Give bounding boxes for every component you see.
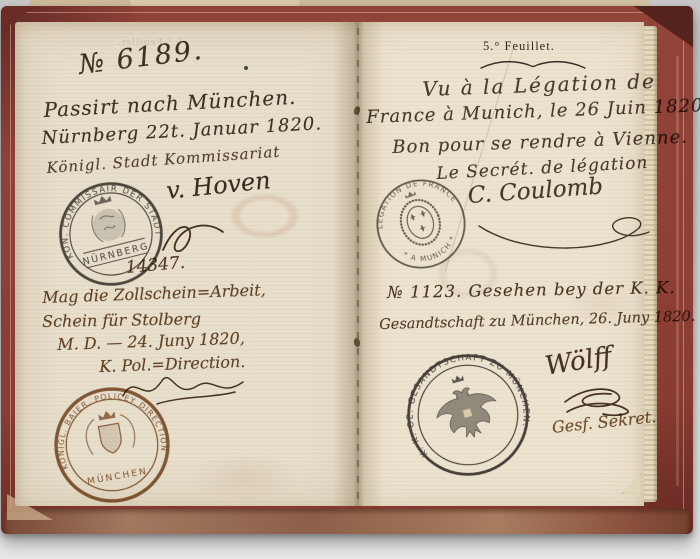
cover-bottom-edge (5, 509, 689, 534)
signature-underline-flourish (473, 212, 658, 260)
printed-page-header: 5.° Feuillet. (483, 39, 555, 54)
coat-of-arms-icon (90, 206, 128, 244)
crown-icon (98, 410, 115, 421)
passport-book-cover: 5.° Feuillet. № 6189. Passirt nach Münch… (1, 6, 693, 534)
fleur-de-lis-icons (409, 209, 432, 235)
stamp-muenchen-polizei: KÖNIGL. BAIER. POLICEY DIRECTION MÜNCHEN (41, 374, 182, 515)
cover-highlight (676, 56, 679, 486)
crown-icon (451, 374, 464, 384)
oval-shield-icon (403, 203, 438, 242)
open-passport-spread: 5.° Feuillet. № 6189. Passirt nach Münch… (15, 22, 657, 506)
photo-scene: 5.° Feuillet. № 6189. Passirt nach Münch… (0, 0, 700, 559)
shield-icon (98, 423, 123, 455)
collar-beads (395, 194, 446, 250)
binding-stitch-thread (357, 28, 359, 500)
stamp-bottom-text: MÜNCHEN (86, 466, 148, 488)
ink-speck (244, 66, 248, 70)
munich-note-line: Schein für Stolberg (42, 309, 201, 331)
header-brace-ornament (477, 56, 589, 72)
